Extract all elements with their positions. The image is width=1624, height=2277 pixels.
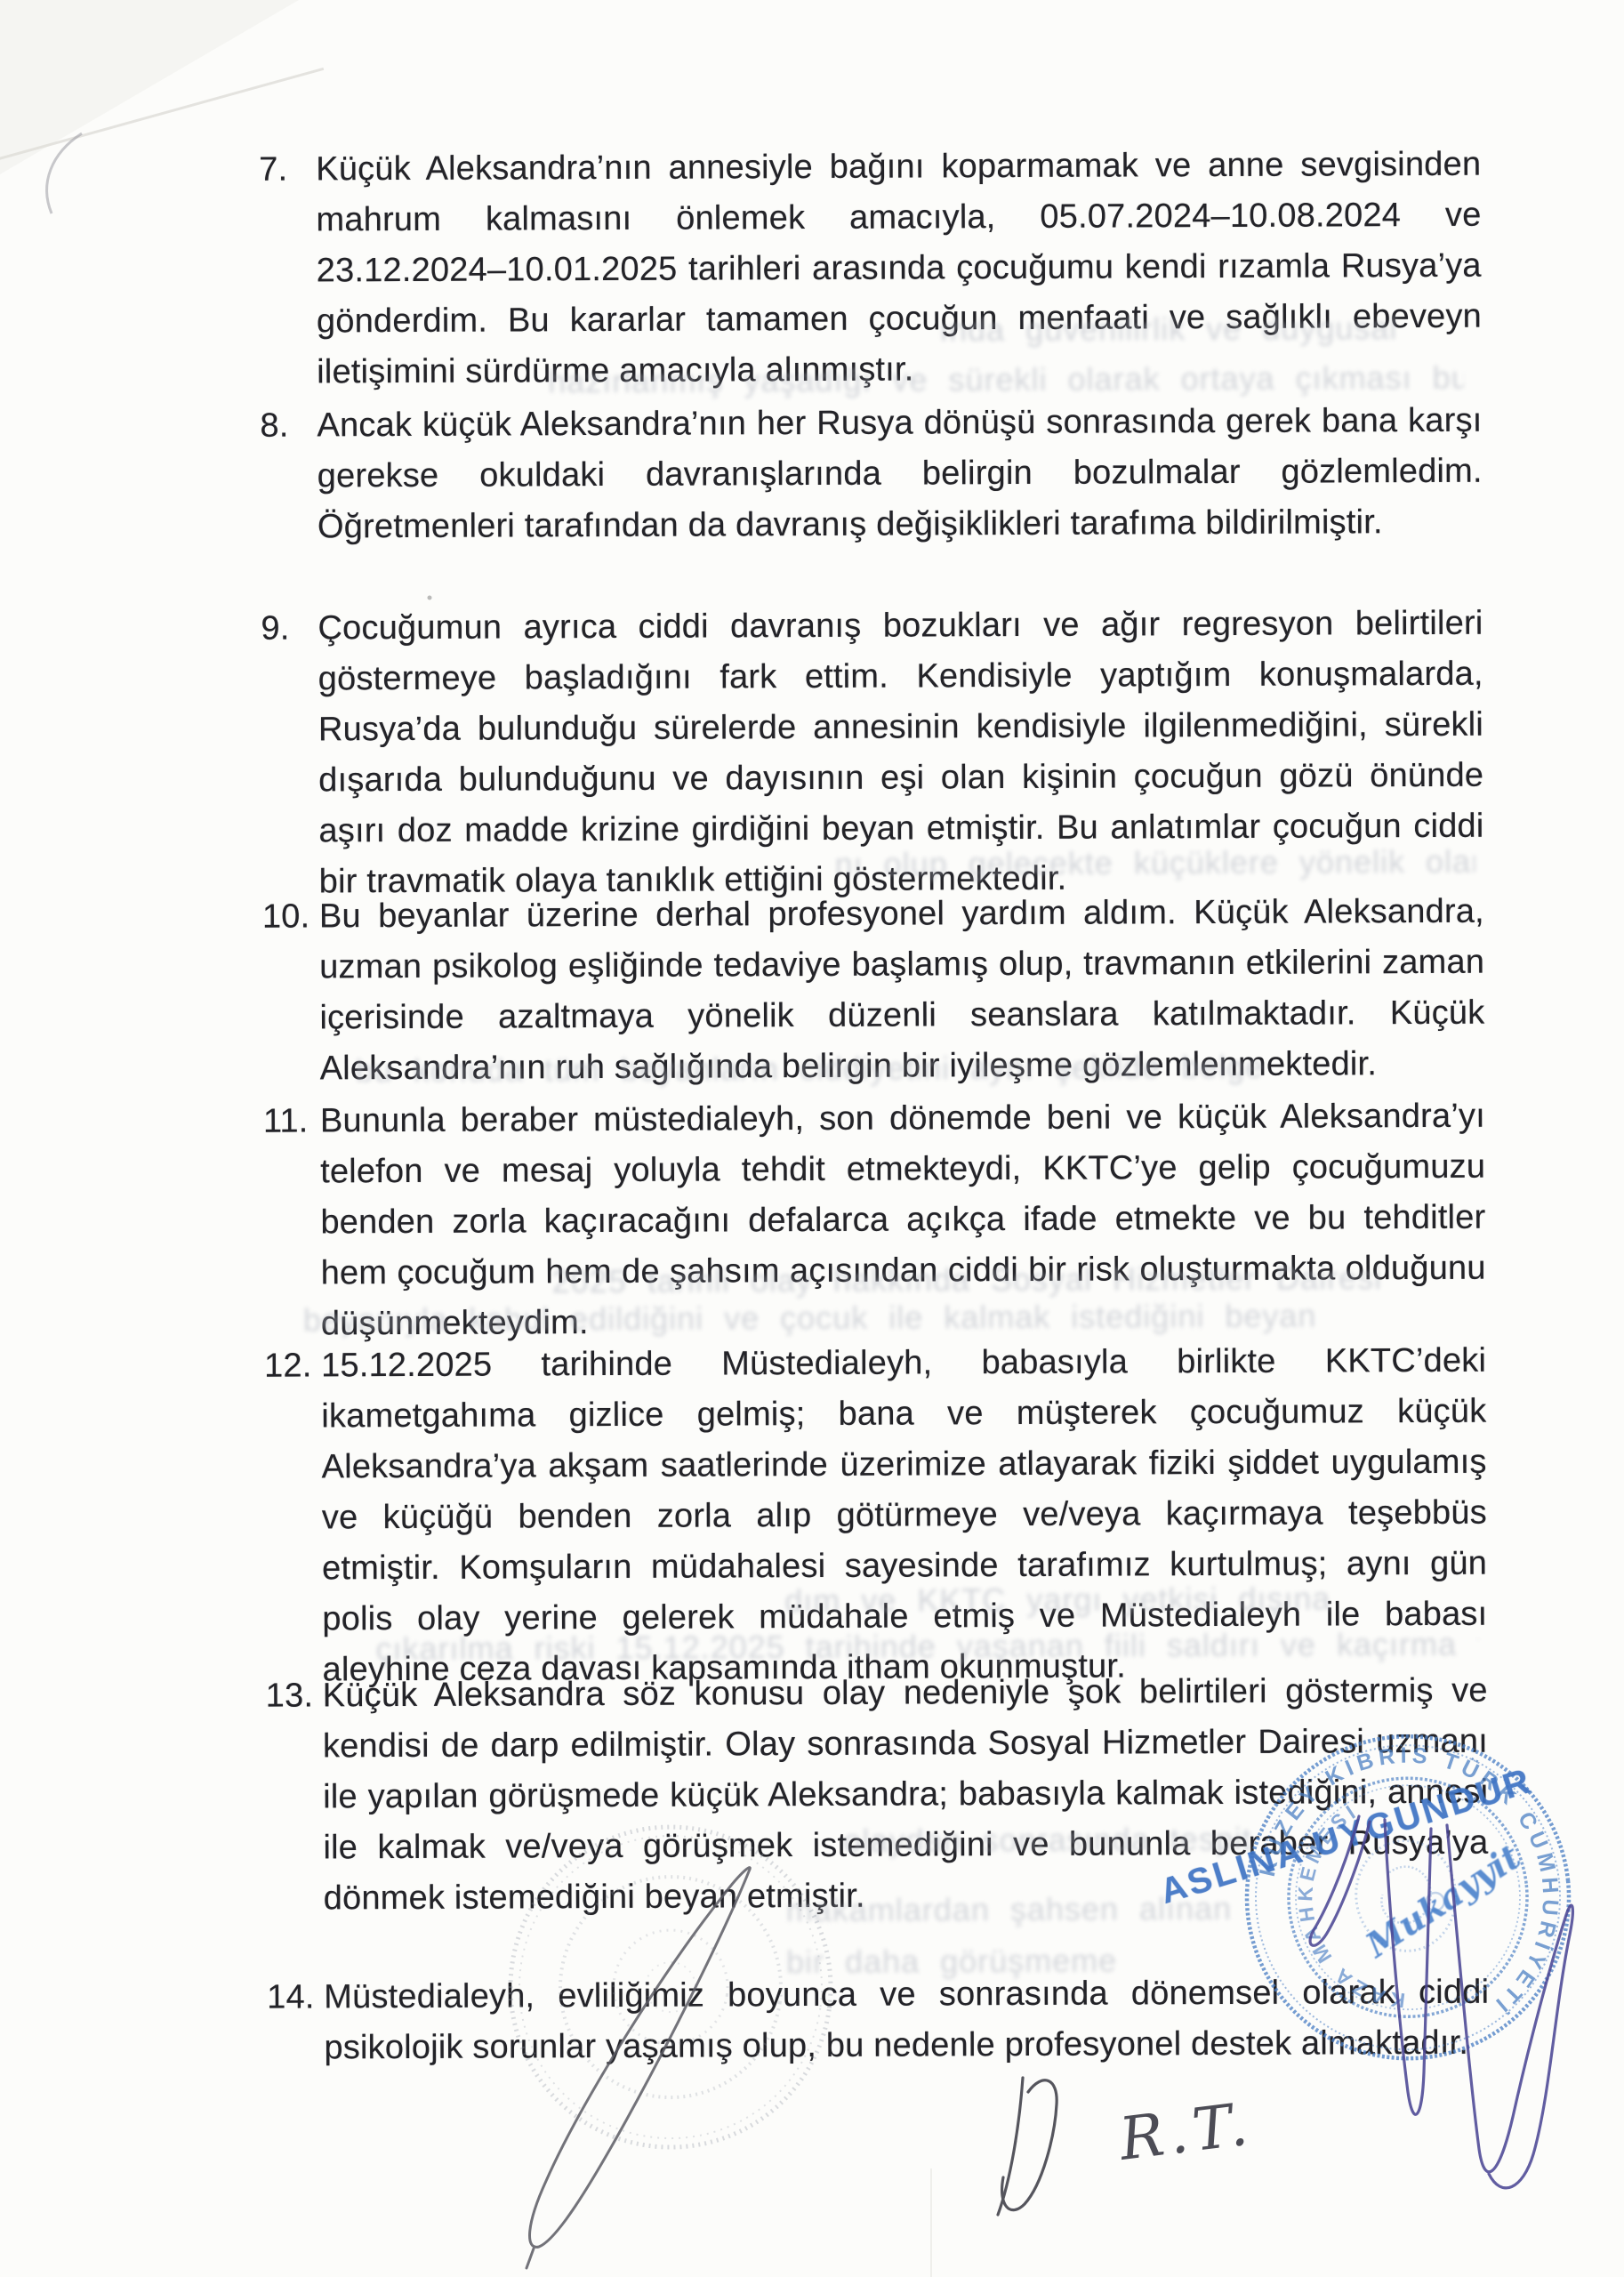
registrar-signature-scribble xyxy=(1310,1816,1572,2188)
registrar-initials: R.T. xyxy=(1115,2089,1257,2174)
signatures-overlay: R.T. xyxy=(0,0,1624,2277)
pencil-arc-mark xyxy=(47,133,82,213)
scanned-affidavit-page: 7.Küçük Aleksandra’nın annesiyle bağını … xyxy=(0,0,1624,2277)
ink-speck xyxy=(428,596,432,600)
paraf-initials xyxy=(998,2078,1057,2215)
pen-signature-left xyxy=(527,1868,750,2268)
